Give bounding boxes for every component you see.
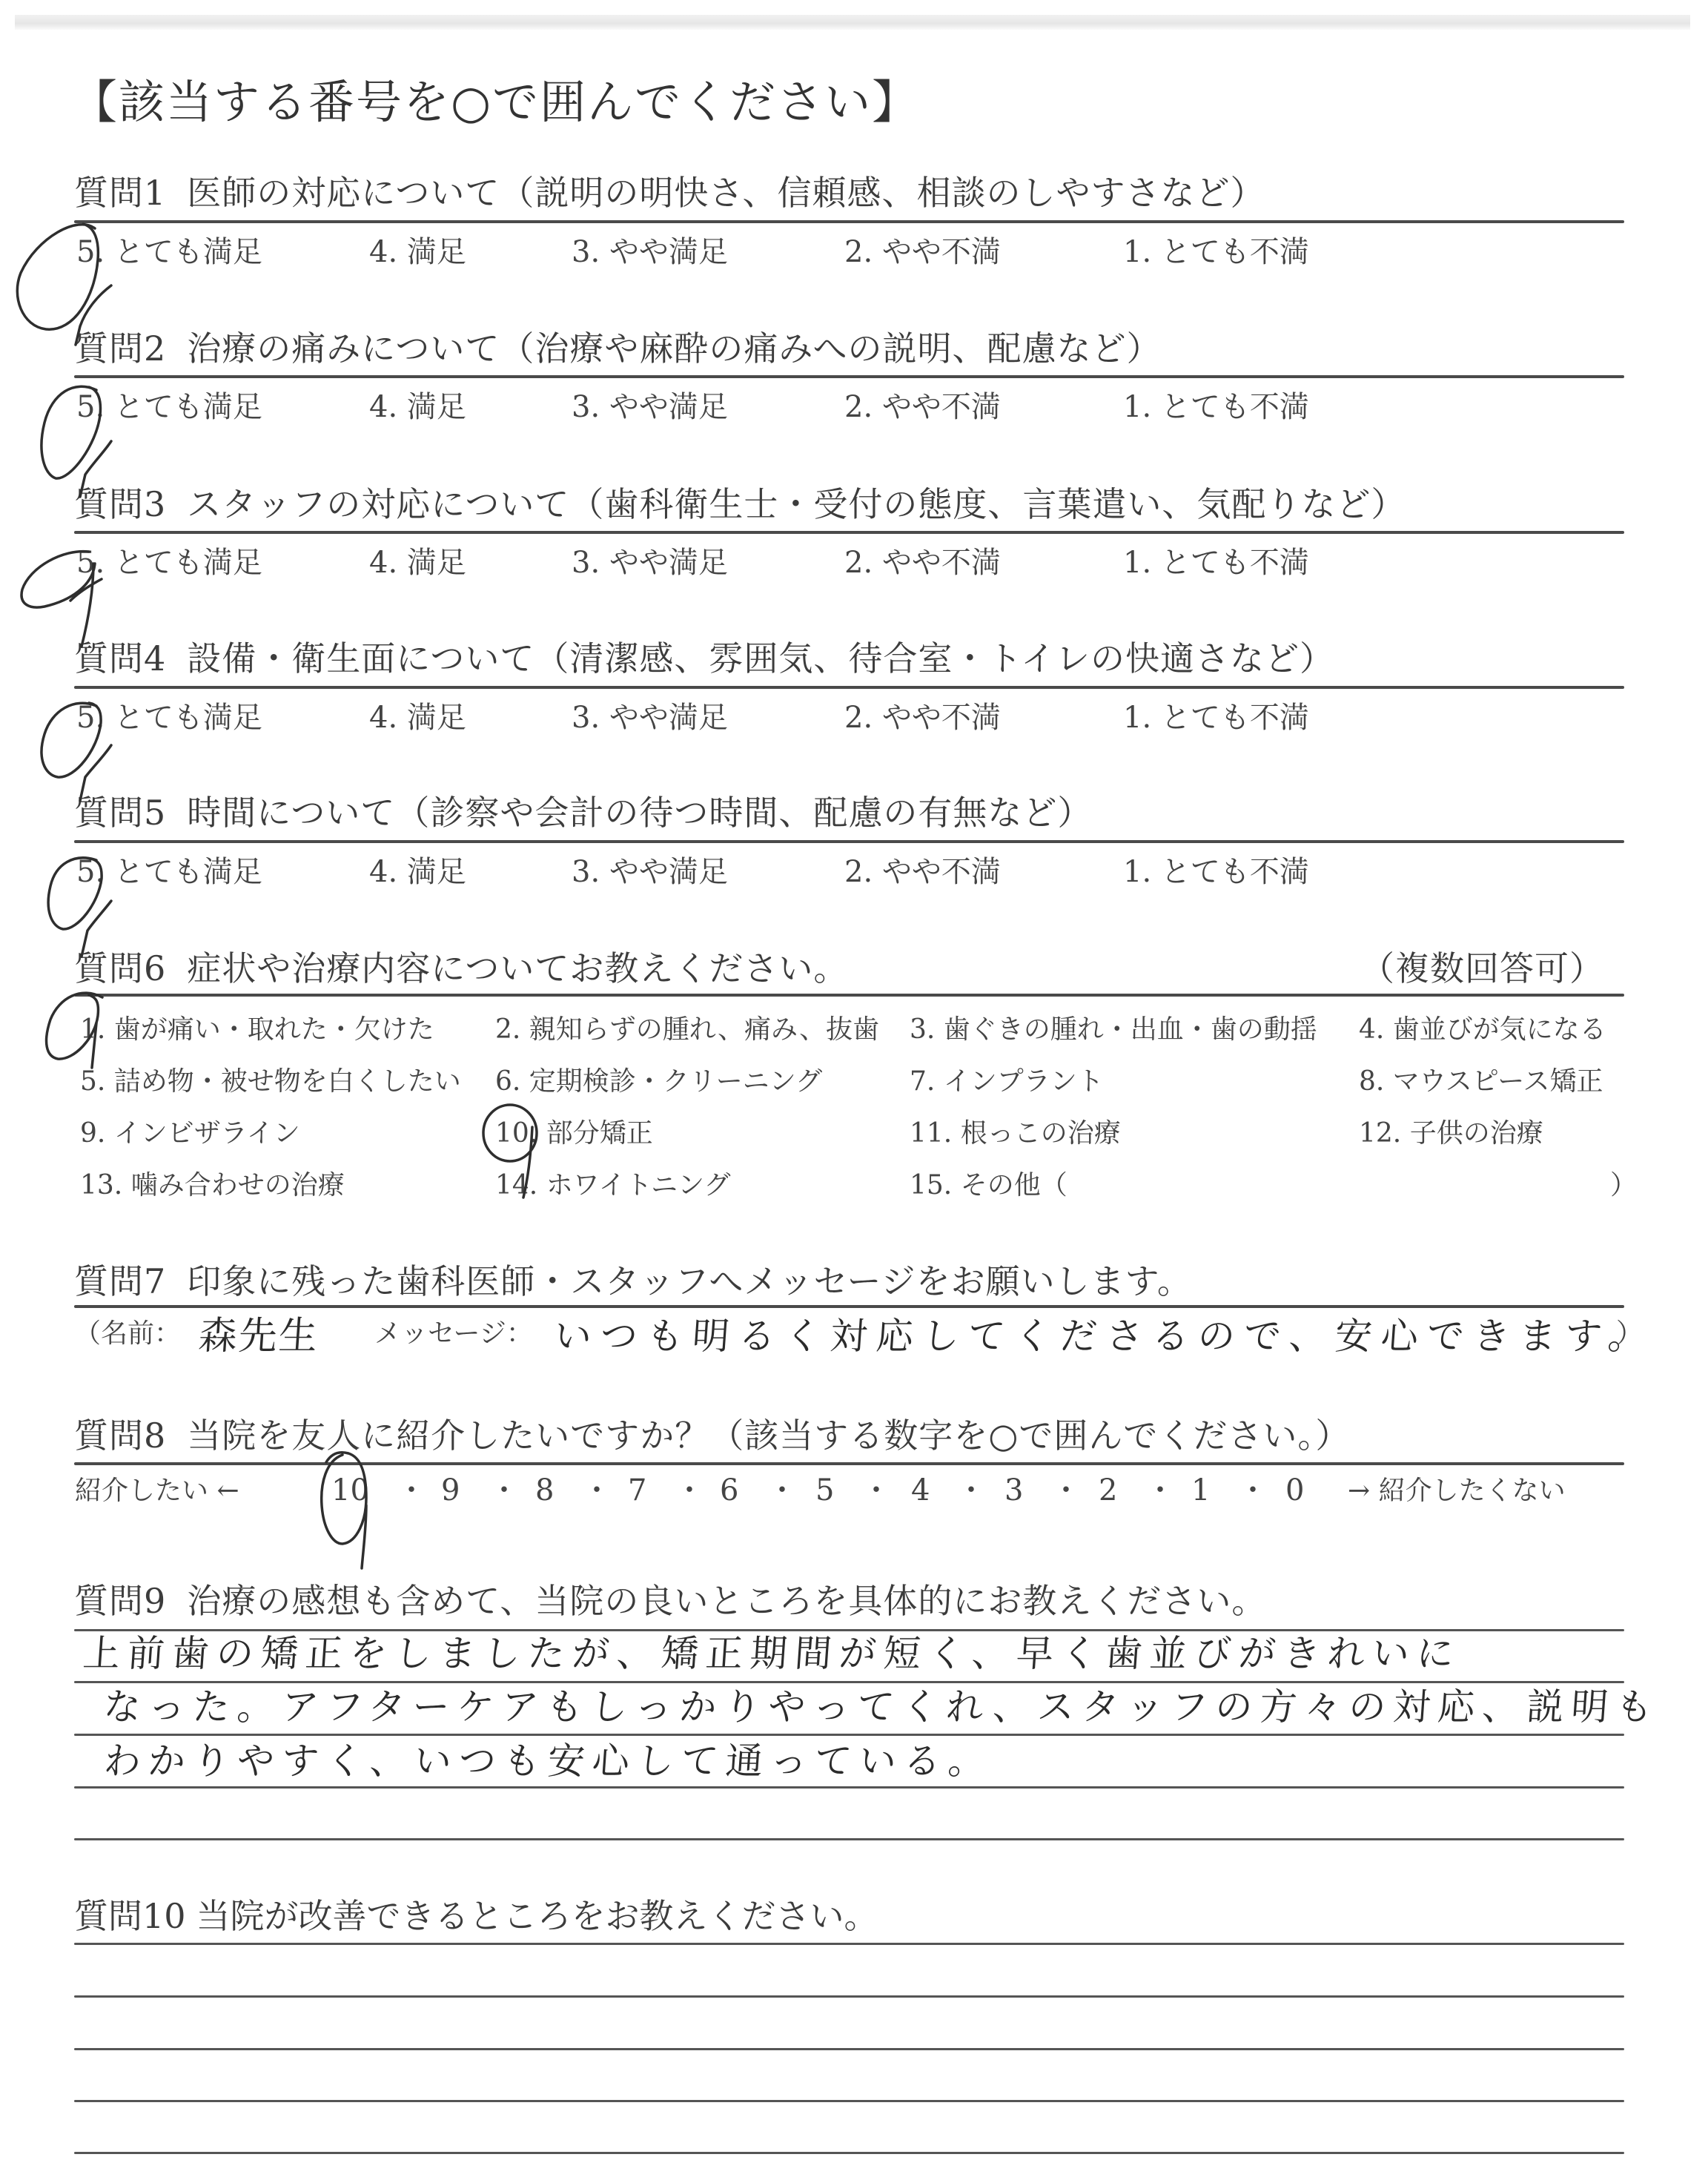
option-3-somewhat-satisfied[interactable]: 3. やや満足 [572, 389, 728, 426]
option-4-satisfied[interactable]: 4. 満足 [369, 853, 466, 891]
item-other[interactable]: 15. その他（ [910, 1169, 1067, 1203]
option-5-very-satisfied[interactable]: 5. とても満足 [76, 853, 262, 891]
option-2-somewhat-dissatisfied[interactable]: 2. やや不満 [844, 699, 1001, 736]
scale-9[interactable]: 9 [441, 1472, 460, 1509]
option-5-very-satisfied[interactable]: 5. とても満足 [76, 234, 262, 271]
question-text: スタッフの対応について（歯科衛生士・受付の態度、言葉遣い、気配りなど） [187, 484, 1406, 524]
answer-line[interactable] [74, 1943, 1624, 1945]
question-2-title: 質問2治療の痛みについて（治療や麻酔の痛みへの説明、配慮など） [74, 328, 1161, 369]
answer-line[interactable] [74, 2100, 1624, 2102]
question-number: 質問10 [74, 1896, 186, 1936]
scale-7[interactable]: 7 [628, 1472, 646, 1509]
scale-separator: ・ [489, 1472, 519, 1509]
question-9-title: 質問9治療の感想も含めて、当院の良いところを具体的にお教えください。 [74, 1580, 1266, 1622]
answer-line [74, 1681, 1624, 1683]
item-mouthpiece-orthodontics[interactable]: 8. マウスピース矯正 [1359, 1065, 1603, 1099]
item-whitening[interactable]: 14. ホワイトニング [495, 1169, 730, 1203]
scale-separator: ・ [956, 1472, 986, 1509]
option-4-satisfied[interactable]: 4. 満足 [369, 389, 466, 426]
item-partial-orthodontics[interactable]: 10. 部分矯正 [495, 1117, 653, 1151]
option-5-very-satisfied[interactable]: 5. とても満足 [76, 389, 262, 426]
option-2-somewhat-dissatisfied[interactable]: 2. やや不満 [844, 544, 1001, 581]
option-1-very-dissatisfied[interactable]: 1. とても不満 [1123, 853, 1309, 891]
scan-edge-band [15, 15, 1690, 30]
scale-separator: ・ [1051, 1472, 1081, 1509]
item-root-canal[interactable]: 11. 根っこの治療 [910, 1117, 1121, 1151]
question-number: 質問5 [74, 793, 166, 833]
answer-line-2-text[interactable]: なった。アフターケアもしっかりやってくれ、スタッフの方々の対応、説明も [102, 1685, 1662, 1729]
answer-line [74, 1734, 1624, 1736]
item-checkup-cleaning[interactable]: 6. 定期検診・クリーニング [495, 1065, 822, 1099]
option-1-very-dissatisfied[interactable]: 1. とても不満 [1123, 234, 1309, 271]
recommend-label: 紹介したい ← [75, 1474, 239, 1508]
question-8-title: 質問8当院を友人に紹介したいですか？（該当する数字を○で囲んでください。） [74, 1415, 1350, 1456]
name-label: （名前： [74, 1317, 181, 1351]
message-close-paren: ） [1616, 1317, 1643, 1351]
question-text: 治療の感想も含めて、当院の良いところを具体的にお教えください。 [187, 1581, 1266, 1621]
option-5-very-satisfied[interactable]: 5. とても満足 [76, 699, 262, 736]
question-6-title: 質問6症状や治療内容についてお教えください。 [74, 948, 848, 989]
circle-mark-q8-scale-10 [322, 1453, 366, 1568]
question-number: 質問9 [74, 1581, 166, 1621]
scale-separator: ・ [861, 1472, 891, 1509]
question-text: 当院が改善できるところをお教えください。 [196, 1896, 878, 1936]
answer-line-1-text[interactable]: 上前歯の矯正をしましたが、矯正期間が短く、早く歯並びがきれいに [82, 1631, 1463, 1676]
question-number: 質問2 [74, 328, 166, 369]
question-text: 当院を友人に紹介したいですか？（該当する数字を○で囲んでください。） [187, 1416, 1350, 1456]
scale-8[interactable]: 8 [535, 1472, 554, 1509]
question-3-title: 質問3スタッフの対応について（歯科衛生士・受付の態度、言葉遣い、気配りなど） [74, 483, 1406, 525]
scale-0[interactable]: 0 [1285, 1472, 1304, 1509]
option-3-somewhat-satisfied[interactable]: 3. やや満足 [572, 853, 728, 891]
scale-2[interactable]: 2 [1099, 1472, 1117, 1509]
question-number: 質問4 [74, 638, 166, 678]
name-field[interactable]: 森先生 [197, 1314, 320, 1358]
answer-line[interactable] [74, 1995, 1624, 1998]
scale-separator: ・ [582, 1472, 612, 1509]
option-2-somewhat-dissatisfied[interactable]: 2. やや不満 [844, 389, 1001, 426]
scale-separator: ・ [1145, 1472, 1175, 1509]
scale-separator: ・ [675, 1472, 704, 1509]
question-7-title: 質問7印象に残った歯科医師・スタッフへメッセージをお願いします。 [74, 1261, 1192, 1302]
item-gum-swelling[interactable]: 3. 歯ぐきの腫れ・出血・歯の動揺 [910, 1013, 1317, 1047]
answer-line[interactable] [74, 2152, 1624, 2154]
item-wisdom-tooth[interactable]: 2. 親知らずの腫れ、痛み、抜歯 [495, 1013, 879, 1047]
option-3-somewhat-satisfied[interactable]: 3. やや満足 [572, 544, 728, 581]
option-2-somewhat-dissatisfied[interactable]: 2. やや不満 [844, 853, 1001, 891]
divider [74, 1305, 1624, 1308]
question-text: 印象に残った歯科医師・スタッフへメッセージをお願いします。 [187, 1261, 1192, 1301]
item-pediatric[interactable]: 12. 子供の治療 [1359, 1117, 1543, 1151]
divider [74, 686, 1624, 689]
answer-line [74, 1786, 1624, 1789]
scale-separator: ・ [767, 1472, 797, 1509]
option-4-satisfied[interactable]: 4. 満足 [369, 544, 466, 581]
question-1-title: 質問1医師の対応について（説明の明快さ、信頼感、相談のしやすさなど） [74, 172, 1265, 214]
question-number: 質問8 [74, 1416, 166, 1456]
not-recommend-label: → 紹介したくない [1348, 1474, 1566, 1508]
option-5-very-satisfied[interactable]: 5. とても満足 [76, 544, 262, 581]
question-10-title: 質問10当院が改善できるところをお教えください。 [74, 1895, 878, 1937]
scale-5[interactable]: 5 [815, 1472, 834, 1509]
item-other-close-paren: ） [1610, 1169, 1637, 1203]
multiple-answers-note: （複数回答可） [1360, 948, 1604, 989]
answer-line-3-text[interactable]: わかりやすく、いつも安心して通っている。 [102, 1739, 994, 1783]
divider [74, 840, 1624, 843]
question-text: 医師の対応について（説明の明快さ、信頼感、相談のしやすさなど） [187, 173, 1265, 213]
option-3-somewhat-satisfied[interactable]: 3. やや満足 [572, 234, 728, 271]
option-4-satisfied[interactable]: 4. 満足 [369, 234, 466, 271]
scale-6[interactable]: 6 [720, 1472, 738, 1509]
question-text: 治療の痛みについて（治療や麻酔の痛みへの説明、配慮など） [187, 328, 1161, 369]
divider [74, 1462, 1624, 1465]
scale-separator: ・ [397, 1472, 426, 1509]
option-1-very-dissatisfied[interactable]: 1. とても不満 [1123, 699, 1309, 736]
option-4-satisfied[interactable]: 4. 満足 [369, 699, 466, 736]
page-title: 【該当する番号を○で囲んでください】 [71, 73, 919, 132]
divider [74, 220, 1624, 223]
scale-10[interactable]: 10 [331, 1472, 369, 1509]
option-2-somewhat-dissatisfied[interactable]: 2. やや不満 [844, 234, 1001, 271]
item-whitening-fillings[interactable]: 5. 詰め物・被せ物を白くしたい [80, 1065, 461, 1099]
question-text: 時間について（診察や会計の待つ時間、配慮の有無など） [187, 793, 1092, 833]
question-number: 質問6 [74, 948, 166, 988]
option-1-very-dissatisfied[interactable]: 1. とても不満 [1123, 389, 1309, 426]
question-number: 質問1 [74, 173, 166, 213]
divider [74, 531, 1624, 534]
option-1-very-dissatisfied[interactable]: 1. とても不満 [1123, 544, 1309, 581]
message-label: メッセージ： [374, 1317, 533, 1351]
item-toothache[interactable]: 1. 歯が痛い・取れた・欠けた [80, 1013, 434, 1047]
scale-separator: ・ [1238, 1472, 1268, 1509]
question-text: 設備・衛生面について（清潔感、雰囲気、待合室・トイレの快適さなど） [187, 638, 1334, 678]
scale-1[interactable]: 1 [1191, 1472, 1210, 1509]
message-field[interactable]: いつも明るく対応してくださるので、安心できます。 [553, 1314, 1655, 1358]
item-implant[interactable]: 7. インプラント [910, 1065, 1104, 1099]
scale-3[interactable]: 3 [1004, 1472, 1023, 1509]
item-bite-treatment[interactable]: 13. 噛み合わせの治療 [80, 1169, 345, 1203]
question-4-title: 質問4設備・衛生面について（清潔感、雰囲気、待合室・トイレの快適さなど） [74, 638, 1334, 679]
divider [74, 375, 1624, 378]
answer-line [74, 1838, 1624, 1840]
item-alignment-concern[interactable]: 4. 歯並びが気になる [1359, 1013, 1606, 1047]
divider [74, 994, 1624, 997]
question-text: 症状や治療内容についてお教えください。 [187, 948, 848, 988]
scale-4[interactable]: 4 [911, 1472, 930, 1509]
option-3-somewhat-satisfied[interactable]: 3. やや満足 [572, 699, 728, 736]
answer-line[interactable] [74, 2048, 1624, 2050]
question-5-title: 質問5時間について（診察や会計の待つ時間、配慮の有無など） [74, 792, 1092, 833]
question-number: 質問7 [74, 1261, 166, 1301]
question-number: 質問3 [74, 484, 166, 524]
item-invisalign[interactable]: 9. インビザライン [80, 1117, 300, 1151]
